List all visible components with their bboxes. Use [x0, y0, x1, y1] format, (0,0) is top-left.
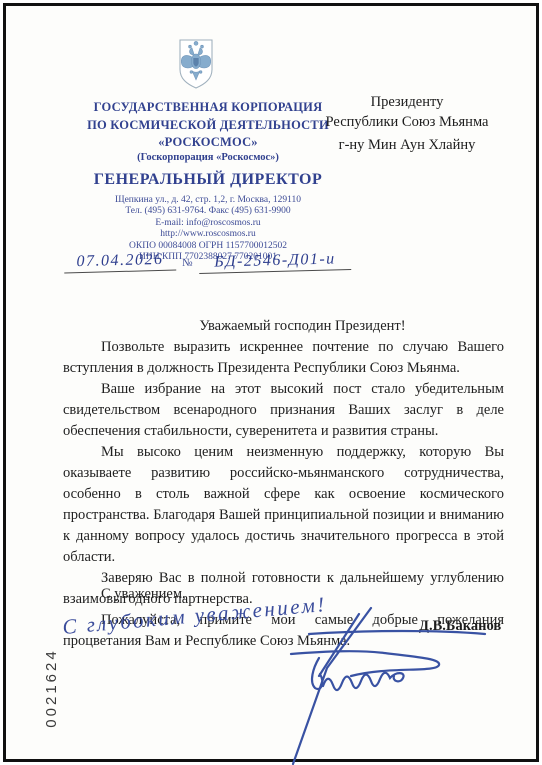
salutation: Уважаемый господин Президент!: [63, 316, 504, 337]
phone-fax-line: Тел. (495) 631-9764. Факс (495) 631-9900: [58, 206, 358, 218]
paragraph-1: Позвольте выразить искреннее почтение по…: [63, 337, 504, 379]
director-title: ГЕНЕРАЛЬНЫЙ ДИРЕКТОР: [58, 171, 358, 189]
paragraph-2: Ваше избрание на этот высокий пост стало…: [63, 379, 504, 442]
email-line: E-mail: info@roscosmos.ru: [58, 218, 358, 230]
form-number-vertical: 0021624: [43, 633, 63, 743]
closing-printed: С уважением,: [101, 586, 186, 603]
handwritten-ref-number: БД-2546-Д01-и: [198, 250, 350, 274]
signature-scribble-icon: [289, 606, 494, 765]
handwritten-date: 07.04.2026: [64, 251, 176, 274]
scanned-letter: ГОСУДАРСТВЕННАЯ КОРПОРАЦИЯ ПО КОСМИЧЕСКО…: [0, 0, 542, 765]
number-sign: №: [182, 257, 193, 272]
coat-of-arms-eagle-icon: [176, 36, 216, 97]
address-line: Щепкина ул., д. 42, стр. 1,2, г. Москва,…: [58, 195, 358, 207]
recipient-name: г-ну Мин Аун Хлайну: [302, 135, 512, 155]
scan-border-frame: ГОСУДАРСТВЕННАЯ КОРПОРАЦИЯ ПО КОСМИЧЕСКО…: [3, 3, 539, 762]
website-line: http://www.roscosmos.ru: [58, 229, 358, 241]
recipient-title: Президенту: [302, 92, 512, 112]
recipient-country: Республики Союз Мьянма: [302, 112, 512, 132]
reference-line: 07.04.2026 № БД-2546-Д01-и: [64, 252, 364, 272]
recipient-block: Президенту Республики Союз Мьянма г-ну М…: [302, 92, 512, 155]
paragraph-3: Мы высоко ценим неизменную поддержку, ко…: [63, 442, 504, 568]
